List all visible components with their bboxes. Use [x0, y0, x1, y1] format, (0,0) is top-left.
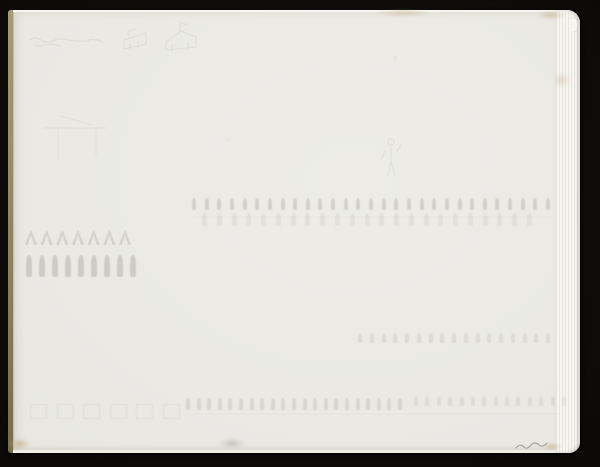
stain-bottom-left-corner-tan: [8, 438, 30, 450]
stain-top-edge-streak: [374, 9, 432, 17]
sketch-figure: [136, 404, 153, 419]
stain-speck-top-center: [394, 56, 397, 59]
sketch-figure: [499, 333, 503, 343]
sketch-figure: [261, 213, 266, 226]
sketch-figure: [448, 396, 452, 406]
sketch-figure: [546, 198, 550, 210]
sketch-figure: [57, 404, 74, 419]
sketch-figure: [350, 213, 355, 226]
sketch-figure: [464, 333, 468, 343]
sketch-figure: [460, 396, 464, 406]
sketch-figure: [91, 255, 97, 277]
sketch-figure: [445, 198, 449, 210]
sketch-figure: [369, 198, 373, 210]
sketch-figure: [313, 398, 317, 410]
sketch-figure: [356, 198, 360, 210]
sketch-figure: [292, 398, 296, 410]
sketch-figure: [293, 198, 297, 210]
sketch-figure: [217, 198, 221, 210]
sketch-figure: [320, 213, 325, 226]
stain-top-right-corner-tan: [536, 10, 566, 20]
sketch-figure: [417, 333, 421, 343]
sketch-figure: [407, 198, 411, 210]
photo-background: [0, 0, 600, 467]
sketch-figure: [476, 333, 480, 343]
sketch-figure: [420, 198, 424, 210]
sketch-figure: [377, 398, 381, 410]
sketch-figure: [470, 198, 474, 210]
sketch-figure: [440, 333, 444, 343]
sketch-figure: [335, 213, 340, 226]
sketchbook-page: [13, 12, 556, 450]
sketch-figure: [393, 333, 397, 343]
sketch-figure: [344, 198, 348, 210]
sketch-figure: [512, 213, 517, 226]
sketch-figure: [432, 198, 436, 210]
sketch-figure: [130, 255, 136, 277]
sketch-figure: [424, 213, 429, 226]
stain-bottom-right-tan: [542, 442, 562, 451]
sketch-figure: [429, 333, 433, 343]
sketch-figure: [398, 398, 402, 410]
sketch-figure: [232, 213, 237, 226]
sketch-figure: [382, 198, 386, 210]
sketch-figure: [250, 398, 254, 410]
sketch-figure: [523, 333, 527, 343]
sketch-figure: [425, 396, 429, 406]
sketch-figure: [110, 404, 127, 419]
sketch-figure: [409, 213, 414, 226]
sketch-figure: [39, 255, 45, 277]
sketch-figure: [527, 213, 532, 226]
sketch-figure: [303, 398, 307, 410]
sketch-figure: [483, 198, 487, 210]
sketch-figure: [207, 398, 211, 410]
stain-bottom-center-smudge: [218, 438, 246, 449]
sketch-figure: [356, 398, 360, 410]
sketch-figure: [83, 404, 100, 419]
sketch-figure: [551, 396, 555, 406]
sketch-figure: [305, 213, 310, 226]
sketch-figure: [243, 198, 247, 210]
sketch-figure: [468, 213, 473, 226]
sketch-figure: [192, 198, 196, 210]
sketch-figure: [186, 398, 190, 410]
sketch-figure: [230, 198, 234, 210]
sketch-figure: [163, 404, 180, 419]
sketch-figure: [78, 255, 84, 277]
stain-right-edge-tan: [554, 72, 570, 88]
sketch-figure: [562, 396, 566, 406]
sketch-figure: [281, 198, 285, 210]
sketch-figure: [379, 213, 384, 226]
sketch-figure: [104, 255, 110, 277]
sketch-figure: [414, 396, 418, 406]
sketch-figure: [534, 333, 538, 343]
sketch-figure: [260, 398, 264, 410]
sketch-figure: [217, 213, 222, 226]
sketch-figure: [246, 213, 251, 226]
sketch-figure: [452, 333, 456, 343]
sketch-figure: [276, 213, 281, 226]
sketch-figure: [205, 198, 209, 210]
sketch-figure: [324, 398, 328, 410]
sketch-figure: [494, 396, 498, 406]
sketch-figure: [508, 198, 512, 210]
sketch-figure: [437, 396, 441, 406]
sketch-figure: [394, 198, 398, 210]
sketch-figure: [26, 255, 32, 277]
sketch-figure: [438, 213, 443, 226]
sketch-figure: [505, 396, 509, 406]
sketch-figure: [453, 213, 458, 226]
sketch-figure: [218, 398, 222, 410]
sketch-figure: [345, 398, 349, 410]
sketch-figure: [268, 198, 272, 210]
sketch-figure: [30, 404, 47, 419]
stain-speck-left-middle: [227, 138, 230, 141]
sketch-figure: [366, 398, 370, 410]
sketch-figure: [382, 333, 386, 343]
sketch-figure: [358, 333, 362, 343]
sketch-figure: [197, 398, 201, 410]
sketch-figure: [533, 198, 537, 210]
sketch-figure: [271, 398, 275, 410]
sketch-figure: [291, 213, 296, 226]
sketch-figure: [471, 396, 475, 406]
sketch-figure: [202, 213, 207, 226]
sketch-figure: [52, 255, 58, 277]
sketch-figure: [239, 398, 243, 410]
sketch-figure: [65, 255, 71, 277]
sketch-figure: [546, 333, 550, 343]
sketch-figure: [370, 333, 374, 343]
sketch-figure: [458, 198, 462, 210]
sketch-figure: [255, 198, 259, 210]
sketch-figure: [528, 396, 532, 406]
sketch-figure: [331, 198, 335, 210]
sketch-figure: [365, 213, 370, 226]
sketch-figure: [521, 198, 525, 210]
sketch-figure: [405, 333, 409, 343]
sketch-figure: [539, 396, 543, 406]
sketch-figure: [482, 396, 486, 406]
sketch-figure: [394, 213, 399, 226]
sketch-figure: [487, 333, 491, 343]
sketch-figure: [511, 333, 515, 343]
sketch-figure: [117, 255, 123, 277]
sketch-figure: [306, 198, 310, 210]
sketch-figure: [483, 213, 488, 226]
